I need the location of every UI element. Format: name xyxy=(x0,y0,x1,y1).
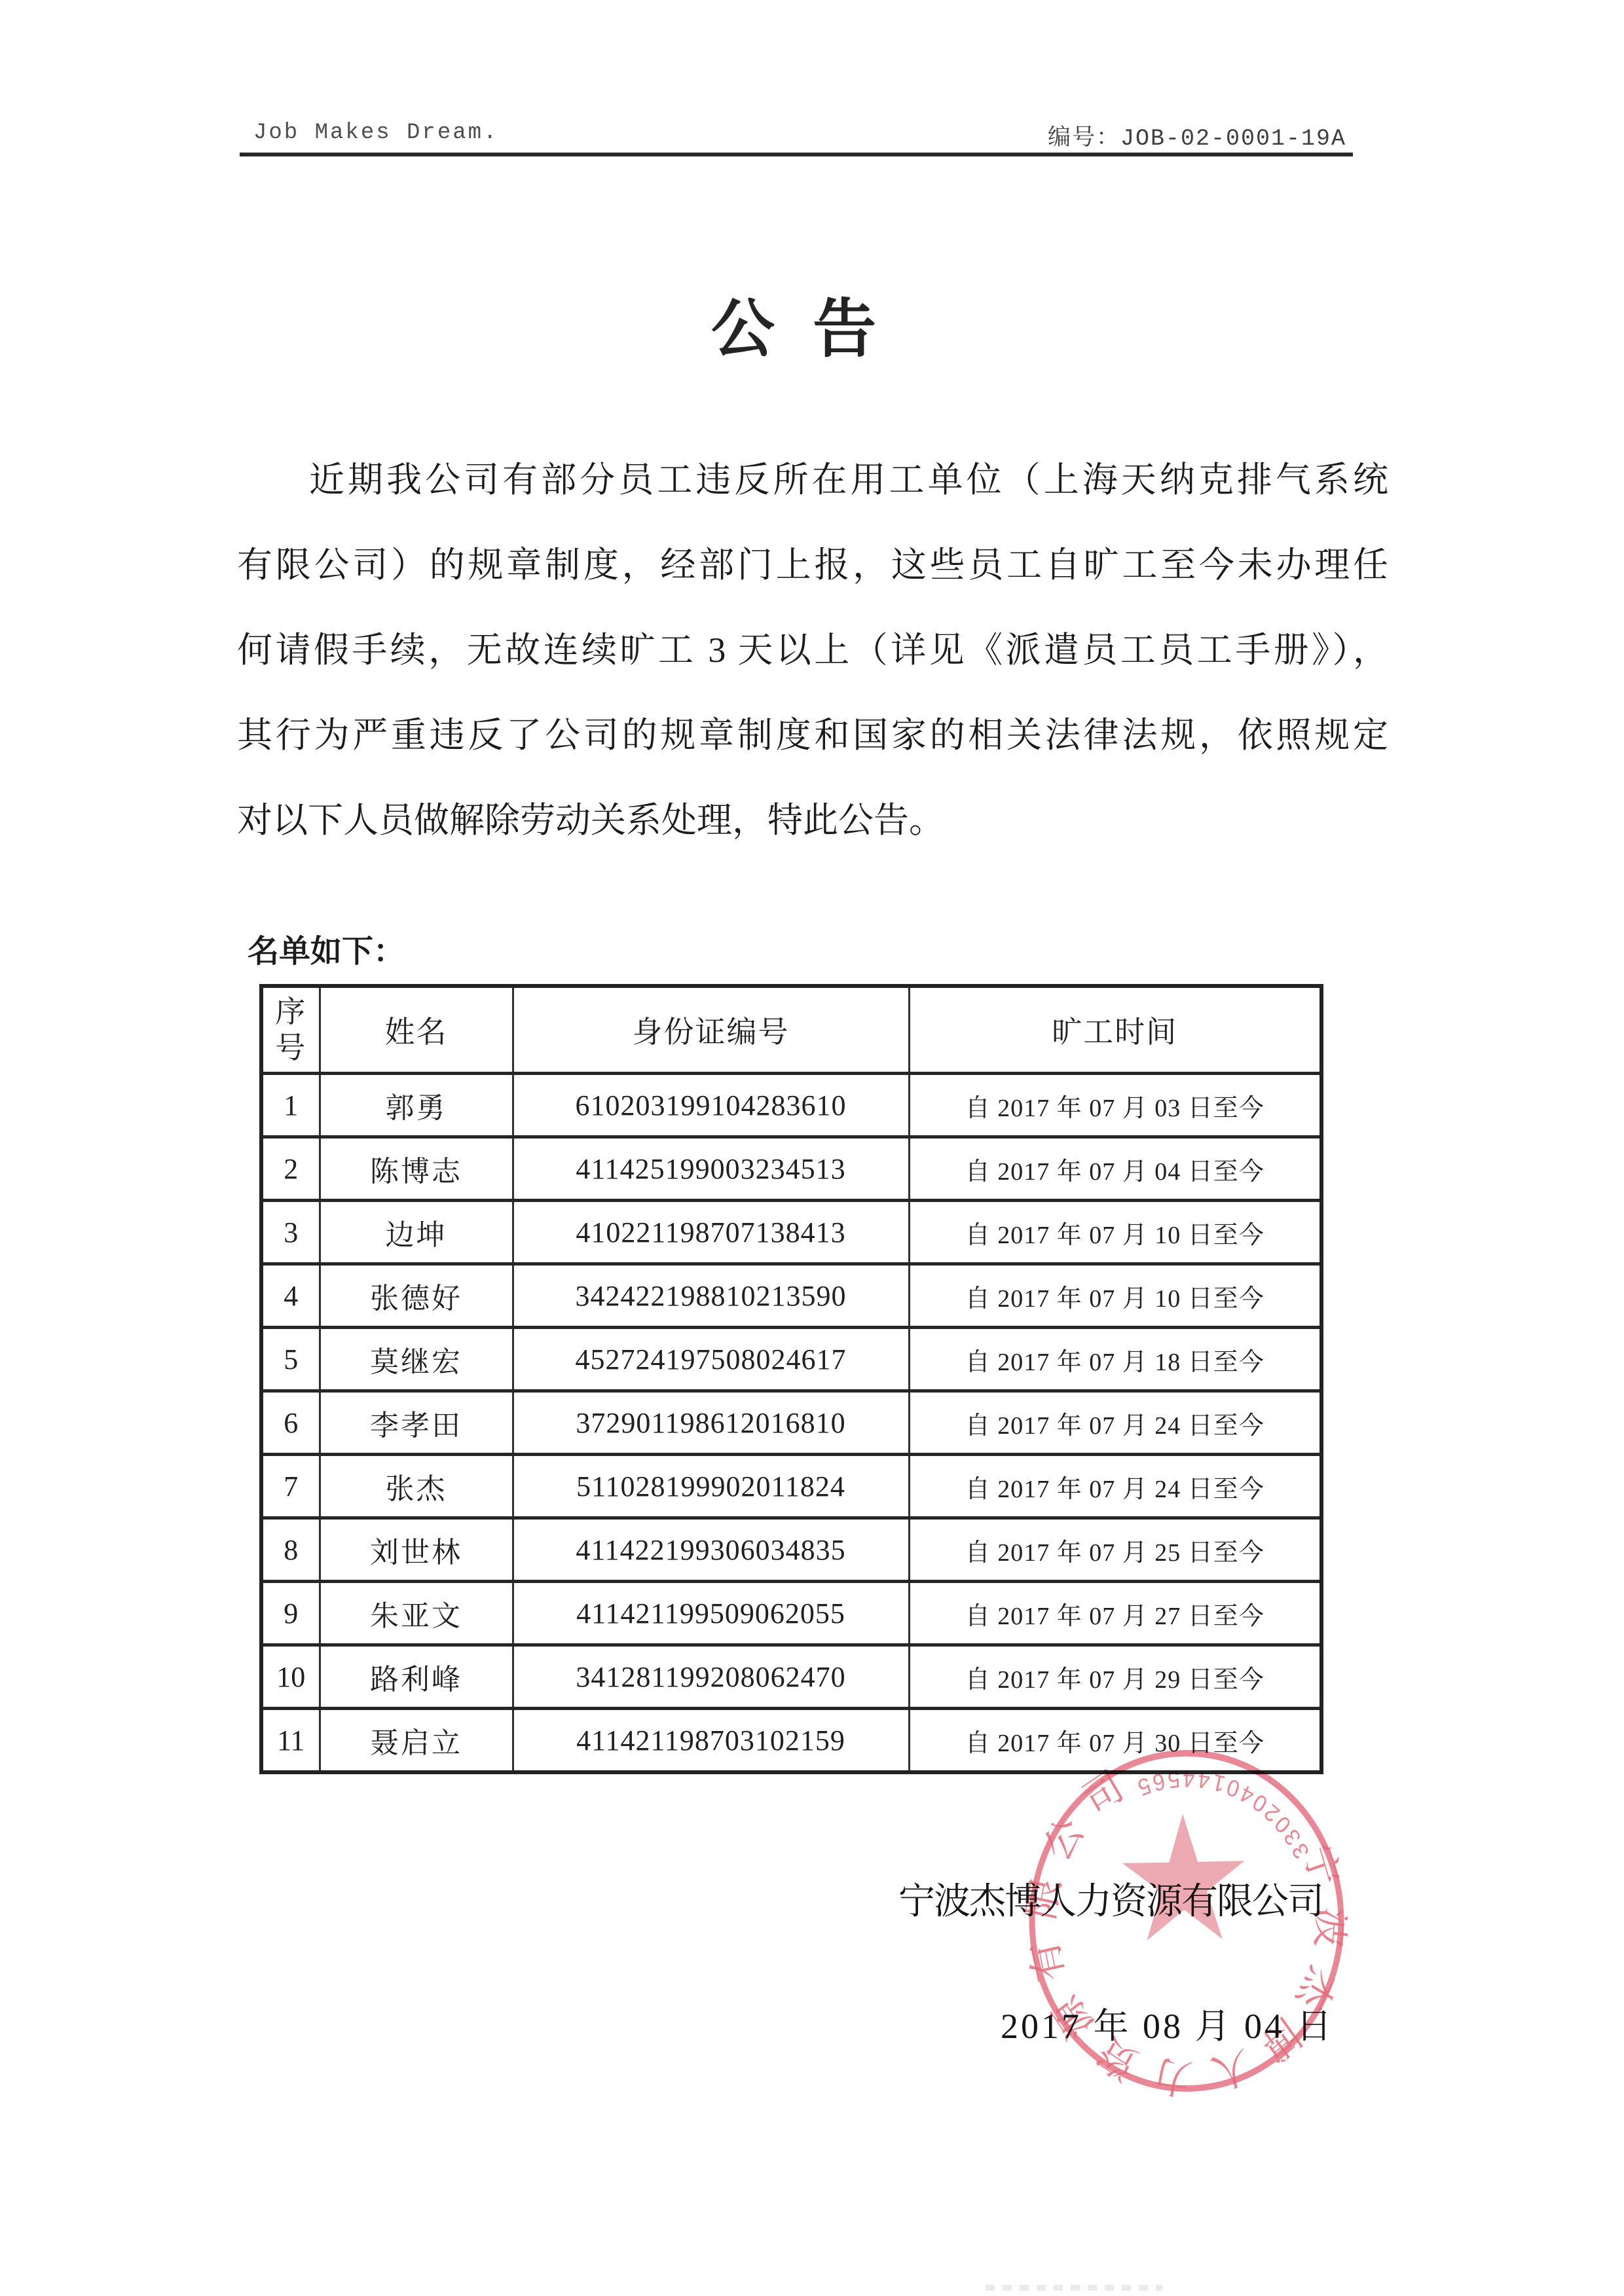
cell-name: 刘世林 xyxy=(320,1518,513,1582)
cell-date: 自 2017 年 07 月 24 日至今 xyxy=(909,1455,1321,1518)
table-row: 7 张杰 511028199902011824 自 2017 年 07 月 24… xyxy=(261,1455,1321,1518)
header-cell-name: 姓名 xyxy=(320,986,513,1074)
header-doc-number: 编号：JOB-02-0001-19A xyxy=(1048,119,1346,152)
cell-index: 11 xyxy=(261,1709,320,1773)
table-row: 10 路利峰 341281199208062470 自 2017 年 07 月 … xyxy=(261,1645,1321,1709)
cell-index: 3 xyxy=(261,1201,320,1264)
cell-id: 452724197508024617 xyxy=(513,1328,909,1391)
cell-name: 朱亚文 xyxy=(320,1582,513,1645)
paragraph-line: 有限公司）的规章制度，经部门上报，这些员工自旷工至今未办理任 xyxy=(237,522,1388,608)
header-cell-time: 旷工时间 xyxy=(909,986,1321,1074)
cell-index: 5 xyxy=(261,1328,320,1391)
table-row: 2 陈博志 411425199003234513 自 2017 年 07 月 0… xyxy=(261,1137,1321,1201)
cell-name: 郭勇 xyxy=(320,1074,513,1137)
cell-index: 6 xyxy=(261,1391,320,1455)
page-title: 公 告 xyxy=(231,278,1361,369)
table-row: 4 张德好 342422198810213590 自 2017 年 07 月 1… xyxy=(261,1264,1321,1328)
cell-id: 511028199902011824 xyxy=(513,1455,909,1518)
cell-date: 自 2017 年 07 月 25 日至今 xyxy=(909,1518,1321,1582)
paragraph-line: 何请假手续，无故连续旷工 3 天以上（详见《派遣员工员工手册》）， xyxy=(237,608,1388,693)
signature-date: 2017 年 08 月 04 日 xyxy=(1001,1998,1335,2049)
cell-index: 7 xyxy=(261,1455,320,1518)
cell-id: 411422199306034835 xyxy=(513,1518,909,1582)
cell-index: 1 xyxy=(261,1074,320,1137)
table-header-row: 序号 姓名 身份证编号 旷工时间 xyxy=(261,986,1321,1074)
cell-id: 610203199104283610 xyxy=(513,1074,909,1137)
cell-id: 411425199003234513 xyxy=(513,1137,909,1201)
list-label: 名单如下： xyxy=(248,926,405,971)
cell-date: 自 2017 年 07 月 03 日至今 xyxy=(909,1074,1321,1137)
cell-name: 边坤 xyxy=(320,1201,513,1264)
table-row: 3 边坤 410221198707138413 自 2017 年 07 月 10… xyxy=(261,1201,1321,1264)
cell-date: 自 2017 年 07 月 27 日至今 xyxy=(909,1582,1321,1645)
cell-index: 9 xyxy=(261,1582,320,1645)
header-cell-id: 身份证编号 xyxy=(513,986,909,1074)
scan-artifact xyxy=(986,2285,1162,2291)
cell-id: 372901198612016810 xyxy=(513,1391,909,1455)
cell-id: 411421198703102159 xyxy=(513,1709,909,1773)
cell-date: 自 2017 年 07 月 30 日至今 xyxy=(909,1709,1321,1773)
cell-name: 陈博志 xyxy=(320,1137,513,1201)
roster-table: 序号 姓名 身份证编号 旷工时间 1 郭勇 610203199104283610… xyxy=(259,984,1323,1774)
table-row: 9 朱亚文 411421199509062055 自 2017 年 07 月 2… xyxy=(261,1582,1321,1645)
table-row: 11 聂启立 411421198703102159 自 2017 年 07 月 … xyxy=(261,1709,1321,1773)
cell-index: 2 xyxy=(261,1137,320,1201)
cell-index: 8 xyxy=(261,1518,320,1582)
cell-name: 莫继宏 xyxy=(320,1328,513,1391)
cell-id: 410221198707138413 xyxy=(513,1201,909,1264)
header-rule xyxy=(240,153,1353,156)
table-row: 5 莫继宏 452724197508024617 自 2017 年 07 月 1… xyxy=(261,1328,1321,1391)
cell-index: 10 xyxy=(261,1645,320,1709)
cell-index: 4 xyxy=(261,1264,320,1328)
cell-name: 李孝田 xyxy=(320,1391,513,1455)
paragraph-line: 对以下人员做解除劳动关系处理，特此公告。 xyxy=(237,778,1388,863)
header-slogan: Job Makes Dream. xyxy=(253,120,498,145)
cell-date: 自 2017 年 07 月 29 日至今 xyxy=(909,1645,1321,1709)
cell-name: 聂启立 xyxy=(320,1709,513,1773)
cell-id: 411421199509062055 xyxy=(513,1582,909,1645)
header-cell-seq: 序号 xyxy=(261,986,320,1074)
cell-name: 路利峰 xyxy=(320,1645,513,1709)
cell-name: 张杰 xyxy=(320,1455,513,1518)
cell-date: 自 2017 年 07 月 18 日至今 xyxy=(909,1328,1321,1391)
signature-company: 宁波杰博人力资源有限公司 xyxy=(898,1872,1323,1925)
cell-date: 自 2017 年 07 月 10 日至今 xyxy=(909,1264,1321,1328)
paragraph-line: 其行为严重违反了公司的规章制度和国家的相关法律法规，依照规定 xyxy=(237,693,1388,778)
cell-id: 341281199208062470 xyxy=(513,1645,909,1709)
table-row: 6 李孝田 372901198612016810 自 2017 年 07 月 2… xyxy=(261,1391,1321,1455)
cell-id: 342422198810213590 xyxy=(513,1264,909,1328)
cell-date: 自 2017 年 07 月 04 日至今 xyxy=(909,1137,1321,1201)
table-row: 1 郭勇 610203199104283610 自 2017 年 07 月 03… xyxy=(261,1074,1321,1137)
document-page: Job Makes Dream. 编号：JOB-02-0001-19A 公 告 … xyxy=(0,0,1624,2296)
cell-date: 自 2017 年 07 月 10 日至今 xyxy=(909,1201,1321,1264)
paragraph-line: 近期我公司有部分员工违反所在用工单位（上海天纳克排气系统 xyxy=(237,437,1388,522)
table-row: 8 刘世林 411422199306034835 自 2017 年 07 月 2… xyxy=(261,1518,1321,1582)
body-paragraph: 近期我公司有部分员工违反所在用工单位（上海天纳克排气系统 有限公司）的规章制度，… xyxy=(237,437,1388,863)
cell-name: 张德好 xyxy=(320,1264,513,1328)
cell-date: 自 2017 年 07 月 24 日至今 xyxy=(909,1391,1321,1455)
